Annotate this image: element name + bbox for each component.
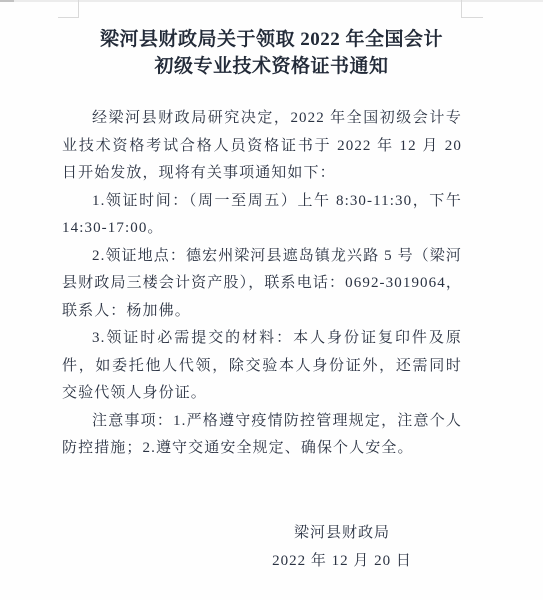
paragraph-time: 1.领证时间：（周一至周五）上午 8:30-11:30，下午 14:30-17:… bbox=[62, 188, 462, 243]
signature-date: 2022 年 12 月 20 日 bbox=[222, 547, 462, 575]
paragraph-location: 2.领证地点：德宏州梁河县遮岛镇龙兴路 5 号（梁河县财政局三楼会计资产股），联… bbox=[62, 243, 462, 326]
signature-org: 梁河县财政局 bbox=[222, 519, 462, 547]
paragraph-notes: 注意事项：1.严格遵守疫情防控管理规定，注意个人防控措施；2.遵守交通安全规定、… bbox=[62, 408, 462, 463]
signature-block: 梁河县财政局 2022 年 12 月 20 日 bbox=[222, 519, 462, 575]
page-title-line1: 梁河县财政局关于领取 2022 年全国会计 bbox=[45, 26, 498, 53]
notice-body: 经梁河县财政局研究决定，2022 年全国初级会计专业技术资格考试合格人员资格证书… bbox=[62, 105, 462, 463]
page-title-line2: 初级专业技术资格证书通知 bbox=[45, 53, 498, 80]
notice-document: 梁河县财政局关于领取 2022 年全国会计 初级专业技术资格证书通知 经梁河县财… bbox=[0, 0, 543, 600]
page-title: 梁河县财政局关于领取 2022 年全国会计 初级专业技术资格证书通知 bbox=[45, 26, 498, 80]
text-boundary-mark-right-icon bbox=[461, 0, 483, 18]
paragraph-materials: 3.领证时必需提交的材料：本人身份证复印件及原件，如委托他人代领，除交验本人身份… bbox=[62, 325, 462, 408]
scan-artifact bbox=[0, 0, 14, 2]
text-boundary-mark-left-icon bbox=[58, 0, 79, 18]
paragraph-intro: 经梁河县财政局研究决定，2022 年全国初级会计专业技术资格考试合格人员资格证书… bbox=[62, 105, 462, 188]
